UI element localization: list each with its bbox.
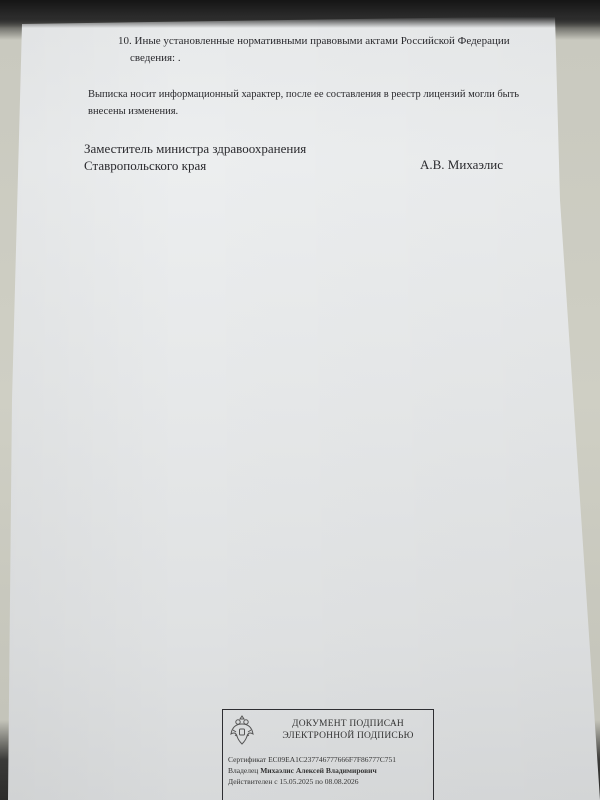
e-signature-stamp: ДОКУМЕНТ ПОДПИСАН ЭЛЕКТРОННОЙ ПОДПИСЬЮ С… (222, 709, 434, 800)
owner-value: Михаэлис Алексей Владимирович (260, 766, 377, 775)
document-content: 10. Иные установленные нормативными прав… (0, 0, 600, 800)
item-10-other-info: 10. Иные установленные нормативными прав… (118, 33, 518, 67)
signatory-title-line2: Ставропольского края (84, 157, 306, 174)
signatory-title: Заместитель министра здравоохранения Ста… (84, 140, 306, 174)
certificate-value: EC09EA1C237746777666F7F86777C751 (268, 755, 396, 764)
stamp-header: ДОКУМЕНТ ПОДПИСАН ЭЛЕКТРОННОЙ ПОДПИСЬЮ (273, 718, 423, 742)
item-10-line2: сведения: . (118, 50, 518, 67)
validity-line: Действителен с 15.05.2025 по 08.08.2026 (228, 776, 396, 787)
certificate-line: Сертификат EC09EA1C237746777666F7F86777C… (228, 754, 396, 765)
russian-coat-of-arms-icon (229, 714, 255, 746)
signatory-name: А.В. Михаэлис (420, 157, 503, 173)
owner-label: Владелец (228, 766, 258, 775)
stamp-header-line1: ДОКУМЕНТ ПОДПИСАН (273, 718, 423, 730)
signatory-title-line1: Заместитель министра здравоохранения (84, 140, 306, 157)
stamp-header-line2: ЭЛЕКТРОННОЙ ПОДПИСЬЮ (273, 730, 423, 742)
notice-line2: внесены изменения. (88, 103, 588, 120)
certificate-label: Сертификат (228, 755, 266, 764)
stamp-details: Сертификат EC09EA1C237746777666F7F86777C… (228, 754, 396, 787)
notice-line1: Выписка носит информационный характер, п… (88, 86, 588, 103)
item-10-line1: 10. Иные установленные нормативными прав… (118, 35, 510, 47)
extract-notice: Выписка носит информационный характер, п… (88, 86, 588, 120)
owner-line: Владелец Михаэлис Алексей Владимирович (228, 765, 396, 776)
